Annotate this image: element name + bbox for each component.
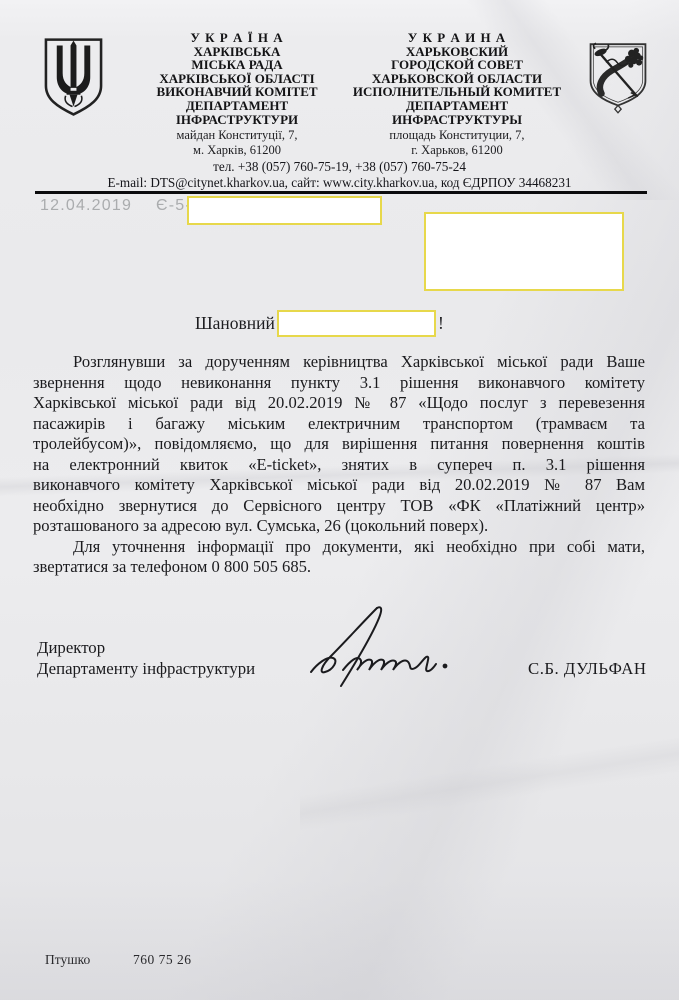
text-line: ХАРЬКОВСКОЙ ОБЛАСТИ — [337, 72, 577, 86]
body-line: тролейбусом)», повідомляємо, що для вирі… — [33, 434, 645, 455]
body-line: Розглянувши за дорученням керівництва Ха… — [33, 352, 645, 373]
salutation-suffix: ! — [438, 313, 444, 334]
header-divider-rule — [35, 191, 647, 194]
redaction-box-addressee — [424, 212, 624, 291]
text-line: ХАРКІВСЬКА — [128, 45, 346, 59]
org-name-left: У К Р А Ї Н АХАРКІВСЬКАМІСЬКА РАДАХАРКІВ… — [128, 31, 346, 126]
handwritten-signature — [297, 598, 482, 698]
text-line: ХАРЬКОВСКИЙ — [337, 45, 577, 59]
registration-date-stamp: 12.04.2019 — [40, 197, 132, 215]
text-line: площадь Конституции, 7, — [337, 128, 577, 143]
text-line: майдан Конституції, 7, — [128, 128, 346, 143]
text-line: У К Р А Ї Н А — [128, 31, 346, 45]
text-line: Директор — [37, 638, 255, 659]
text-line: тел. +38 (057) 760-75-19, +38 (057) 760-… — [0, 159, 679, 175]
text-line: м. Харків, 61200 — [128, 143, 346, 158]
contact-block: тел. +38 (057) 760-75-19, +38 (057) 760-… — [0, 159, 679, 192]
text-line: ИСПОЛНИТЕЛЬНЫЙ КОМИТЕТ — [337, 85, 577, 99]
text-line: МІСЬКА РАДА — [128, 58, 346, 72]
kharkiv-city-emblem-icon — [586, 38, 650, 118]
text-line: ДЕПАРТАМЕНТ — [128, 99, 346, 113]
text-line: ХАРКІВСЬКОЇ ОБЛАСТІ — [128, 72, 346, 86]
body-line: виконавчого комітету Харківської міської… — [33, 475, 645, 496]
text-line: г. Харьков, 61200 — [337, 143, 577, 158]
org-name-right: У К Р А И Н АХАРЬКОВСКИЙГОРОДСКОЙ СОВЕТХ… — [337, 31, 577, 126]
body-line: звертатися за телефоном 0 800 505 685. — [33, 557, 645, 578]
letter-body: Розглянувши за дорученням керівництва Ха… — [33, 352, 645, 578]
text-line: Департаменту інфраструктури — [37, 659, 255, 680]
redaction-box-ref — [187, 196, 382, 225]
salutation-prefix: Шановний — [195, 313, 275, 334]
executor-phone: 760 75 26 — [133, 952, 192, 968]
text-line: У К Р А И Н А — [337, 31, 577, 45]
body-line: на електронний квиток «E-ticket», знятих… — [33, 455, 645, 476]
text-line: E-mail: DTS@citynet.kharkov.ua, сайт: ww… — [0, 175, 679, 191]
signatory-title: ДиректорДепартаменту інфраструктури — [37, 638, 255, 679]
body-line: пасажирів і багажу міським електричним т… — [33, 414, 645, 435]
body-line: звернення щодо невиконання пункту 3.1 рі… — [33, 373, 645, 394]
signatory-name: С.Б. ДУЛЬФАН — [528, 659, 647, 679]
body-line: розташованого за адресою вул. Сумська, 2… — [33, 516, 645, 537]
text-line: ГОРОДСКОЙ СОВЕТ — [337, 58, 577, 72]
body-line: Харківської міської ради від 20.02.2019 … — [33, 393, 645, 414]
text-line: ДЕПАРТАМЕНТ — [337, 99, 577, 113]
text-line: ІНФРАСТРУКТУРИ — [128, 113, 346, 127]
redaction-box-name — [277, 310, 436, 337]
executor-name: Птушко — [45, 952, 90, 968]
org-address-right: площадь Конституции, 7,г. Харьков, 61200 — [337, 128, 577, 157]
body-line: Для уточнення інформації про документи, … — [33, 537, 645, 558]
org-address-left: майдан Конституції, 7,м. Харків, 61200 — [128, 128, 346, 157]
text-line: ИНФРАСТРУКТУРЫ — [337, 113, 577, 127]
ukraine-trident-emblem-icon — [42, 36, 105, 118]
text-line: ВИКОНАВЧИЙ КОМІТЕТ — [128, 85, 346, 99]
scanned-letter-page: { "colors": { "paper": "#eaeaec", "ink":… — [0, 0, 679, 1000]
body-line: необхідно звернутися до Сервісного центр… — [33, 496, 645, 517]
